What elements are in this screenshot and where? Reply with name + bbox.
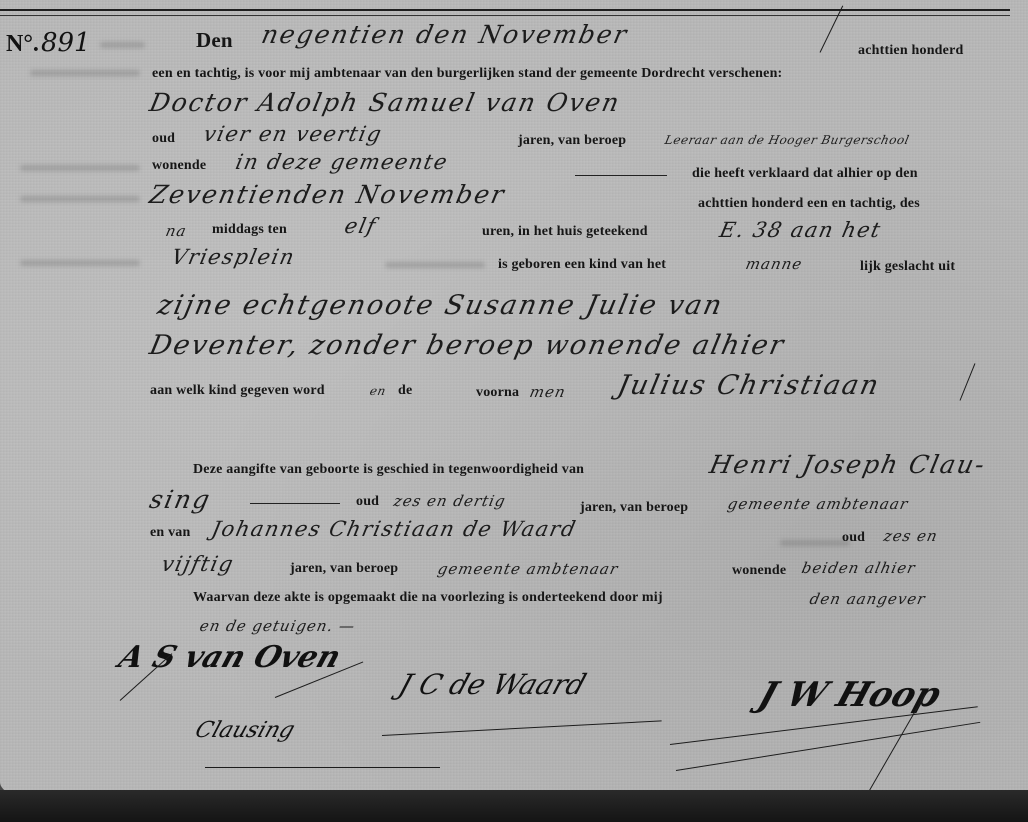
printed-oud: oud (152, 131, 175, 147)
hand-street: Vriesplein (169, 245, 297, 269)
hand-mother-line-2: Deventer, zonder beroep wonende alhier (147, 330, 788, 361)
signature-witness-2: J C de Waard (395, 668, 591, 701)
hand-witness-2-occupation: gemeente ambtenaar (436, 560, 620, 578)
signature-underline (205, 767, 440, 768)
record-number-value: 891 (41, 28, 91, 58)
printed-waarvan: Waarvan deze akte is opgemaakt die na vo… (193, 590, 663, 606)
printed-oud: oud (356, 494, 379, 510)
top-rule (0, 9, 1010, 16)
hand-na: na (164, 222, 188, 240)
hand-birth-date: Zeventienden November (147, 180, 508, 209)
hand-witness-2-age-a: zes en (882, 527, 940, 545)
hand-birth-hour: elf (342, 214, 379, 238)
document-page: N°.891 Den negentien den November achtti… (0, 0, 1028, 800)
faded-bleed (100, 42, 145, 48)
printed-aangifte: Deze aangifte van geboorte is geschied i… (193, 462, 584, 478)
hand-witness-1-name-a: Henri Joseph Clau- (707, 450, 989, 479)
fill-dash (575, 175, 667, 176)
printed-year-1: achttien honderd (858, 43, 964, 59)
hand-witnesses-residence: beiden alhier (800, 559, 917, 577)
printed-middags: middags ten (212, 222, 287, 238)
signature-father: A S van Oven (114, 640, 345, 675)
printed-den: Den (196, 28, 233, 53)
printed-year-2: achttien honderd een en tachtig, des (698, 196, 920, 212)
hand-mother-line-1: zijne echtgenoote Susanne Julie van (155, 290, 727, 321)
signature-underline (382, 720, 662, 736)
printed-uren-huis: uren, in het huis geteekend (482, 224, 648, 240)
hand-signers-2: en de getuigen. — (198, 617, 357, 635)
printed-wonende: wonende (732, 563, 786, 579)
printed-oud: oud (842, 530, 865, 546)
faded-bleed (20, 196, 140, 202)
printed-line-2: een en tachtig, is voor mij ambtenaar va… (152, 66, 782, 82)
printed-wonende: wonende (152, 158, 206, 174)
printed-jaren-beroep: jaren, van beroep (518, 133, 626, 149)
hand-witness-1-name-b: sing (147, 485, 214, 514)
hand-signers: den aangever (808, 590, 927, 608)
signature-witness-1: Clausing (192, 718, 298, 743)
hand-sex: manne (744, 255, 804, 273)
record-number: N°.891 (6, 28, 91, 58)
faded-bleed (385, 262, 485, 268)
faded-bleed (20, 165, 140, 171)
printed-geboren: is geboren een kind van het (498, 257, 666, 273)
hand-child-name: Julius Christiaan (615, 370, 883, 401)
printed-voorna: voorna (476, 385, 519, 401)
printed-de: de (398, 383, 412, 399)
scan-edge-shadow (0, 790, 1028, 822)
pen-stroke (960, 363, 976, 400)
printed-en-van: en van (150, 525, 191, 541)
hand-witness-1-age: zes en dertig (392, 492, 507, 510)
hand-declarant-age: vier en veertig (201, 122, 384, 146)
printed-jaren-beroep: jaren, van beroep (580, 500, 688, 516)
hand-registration-date: negentien den November (259, 20, 631, 49)
printed-verklaard: die heeft verklaard dat alhier op den (692, 166, 918, 182)
hand-house-number: E. 38 aan het (717, 218, 883, 242)
hand-en: en (369, 384, 388, 398)
record-number-prefix: N°. (6, 31, 39, 57)
hand-witness-2-name: Johannes Christiaan de Waard (209, 517, 578, 541)
hand-declarant-name: Doctor Adolph Samuel van Oven (147, 88, 624, 117)
hand-witness-1-occupation: gemeente ambtenaar (726, 495, 910, 513)
faded-bleed (20, 260, 140, 266)
printed-jaren-beroep: jaren, van beroep (290, 561, 398, 577)
hand-residence: in deze gemeente (233, 150, 450, 174)
fill-dash (250, 503, 340, 504)
faded-bleed (30, 70, 140, 76)
printed-aan-welk-kind: aan welk kind gegeven word (150, 383, 325, 399)
hand-declarant-occupation: Leeraar aan de Hooger Burgerschool (664, 133, 911, 147)
hand-witness-2-age-b: vijftig (159, 552, 236, 576)
signature-underline (676, 722, 980, 771)
hand-men: men (528, 383, 568, 401)
faded-bleed (780, 540, 850, 546)
printed-lijk-geslacht: lijk geslacht uit (860, 259, 955, 275)
